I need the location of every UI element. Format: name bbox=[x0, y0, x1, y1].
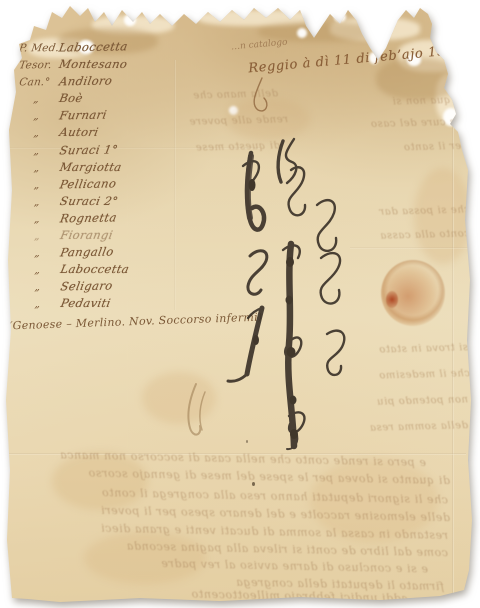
bleedthrough-line: conto alla cassa bbox=[348, 228, 470, 242]
roster-row: P. Med.Laboccetta bbox=[19, 40, 128, 58]
roster-name: Suraci 1° bbox=[59, 142, 120, 157]
bleedthrough-line: della somma resa bbox=[330, 420, 468, 435]
bleedthrough-line: di qua non si bbox=[360, 95, 465, 109]
roster-name: Margiotta bbox=[59, 160, 123, 174]
bleedthrough-line: della mano che bbox=[150, 88, 278, 102]
rust-stain-core bbox=[386, 291, 398, 308]
roster-row: „Boè bbox=[19, 91, 128, 109]
torn-edge-fiber bbox=[198, 10, 318, 26]
paper-hole bbox=[297, 28, 307, 38]
bleedthrough-line: di questo mese bbox=[162, 140, 280, 154]
bleedthrough-line: che si possa dar bbox=[352, 204, 470, 218]
roster-row: „Suraci 1° bbox=[20, 142, 129, 160]
roster-row: „Autori bbox=[20, 125, 129, 143]
fold-crease-horizontal-mid bbox=[350, 247, 472, 249]
roster-name: Laboccetta bbox=[58, 39, 129, 54]
roster-name: Laboccetta bbox=[59, 262, 130, 276]
roster-name: Autori bbox=[58, 125, 100, 139]
roster-name: Seligaro bbox=[59, 279, 113, 294]
paper-hole bbox=[124, 14, 136, 26]
roster-row: „Pangallo bbox=[20, 245, 129, 263]
roster-ditto-mark: „ bbox=[20, 264, 62, 276]
paper-hole bbox=[334, 12, 346, 22]
roster-ditto-mark: „ bbox=[19, 196, 61, 208]
roster-ditto-mark: „ bbox=[20, 281, 62, 293]
roster-name: Pangallo bbox=[59, 245, 115, 260]
roster-row: Tesor.Montesano bbox=[19, 57, 128, 75]
roster-ditto-mark: „ bbox=[19, 128, 61, 140]
roster-prefix: Can.° bbox=[18, 76, 60, 88]
bleedthrough-line: alle cure del caso bbox=[352, 116, 470, 130]
roster-name: Andiloro bbox=[58, 74, 114, 89]
corner-fragment: …n catalogo bbox=[231, 38, 288, 53]
ink-speck bbox=[246, 440, 248, 443]
roster-name: Pedaviti bbox=[60, 296, 113, 310]
roster-row: „Seligaro bbox=[21, 279, 130, 297]
roster-row: „Pellicano bbox=[20, 176, 129, 194]
roster: P. Med.Laboccetta Tesor.Montesano Can.°A… bbox=[19, 40, 130, 314]
roster-ditto-mark: „ bbox=[19, 145, 61, 157]
torn-edge-fiber bbox=[92, 16, 174, 34]
bleedthrough-line: rende alle povere bbox=[152, 114, 288, 129]
roster-row: „Furnari bbox=[20, 108, 129, 126]
scanned-document: di qua non si alle cure del caso per il … bbox=[0, 0, 480, 608]
ink-speck bbox=[252, 482, 255, 486]
roster-row: „Pedaviti bbox=[21, 296, 130, 314]
roster-ditto-mark: „ bbox=[19, 213, 61, 225]
bleedthrough-line: che il medesimo bbox=[328, 368, 470, 383]
roster-name: Suraci 2° bbox=[59, 194, 120, 208]
roster-row: „Margiotta bbox=[20, 159, 129, 177]
roster-name: Boè bbox=[58, 91, 84, 105]
roster-prefix: Tesor. bbox=[18, 59, 60, 71]
roster-ditto-mark: „ bbox=[20, 230, 62, 242]
roster-ditto-mark: „ bbox=[19, 110, 61, 122]
roster-name: Fiorangi bbox=[59, 228, 114, 242]
roster-name: Rognetta bbox=[59, 210, 118, 225]
bleedthrough-line: si trova in stato bbox=[336, 342, 468, 356]
roster-name: Pellicano bbox=[59, 176, 118, 191]
roster-ditto-mark: „ bbox=[19, 179, 61, 191]
roster-row: Can.°Andiloro bbox=[19, 74, 128, 92]
torn-edge-shading bbox=[376, 58, 460, 100]
roster-row: „Fiorangi bbox=[20, 228, 129, 246]
roster-prefix: P. Med. bbox=[18, 42, 60, 54]
foxing-spot bbox=[142, 372, 216, 424]
roster-name: Montesano bbox=[58, 57, 129, 71]
roster-ditto-mark: „ bbox=[19, 93, 61, 105]
roster-row: „Rognetta bbox=[20, 211, 129, 229]
roster-ditto-mark: „ bbox=[20, 247, 62, 259]
paper-hole bbox=[229, 106, 238, 115]
roster-ditto-mark: „ bbox=[20, 298, 62, 310]
bleedthrough-line: non potendo piu bbox=[342, 394, 468, 408]
fold-crease-vertical-right bbox=[452, 126, 454, 594]
paper-hole bbox=[449, 84, 459, 96]
roster-row: „Suraci 2° bbox=[20, 193, 129, 211]
paper-shadow: di qua non si alle cure del caso per il … bbox=[0, 0, 480, 608]
torn-edge-fiber bbox=[330, 18, 420, 40]
bleedthrough-line: e si e concluso di darne avviso al rev p… bbox=[88, 555, 428, 575]
roster-ditto-mark: „ bbox=[19, 162, 61, 174]
annotation-note: (Genoese – Merlino. Nov. Soccorso inferm… bbox=[8, 311, 263, 333]
roster-row: „Laboccetta bbox=[21, 262, 130, 280]
bleedthrough-line: per il santo bbox=[368, 141, 468, 155]
roster-name: Furnari bbox=[58, 108, 108, 123]
manuscript-page: di qua non si alle cure del caso per il … bbox=[0, 0, 480, 608]
